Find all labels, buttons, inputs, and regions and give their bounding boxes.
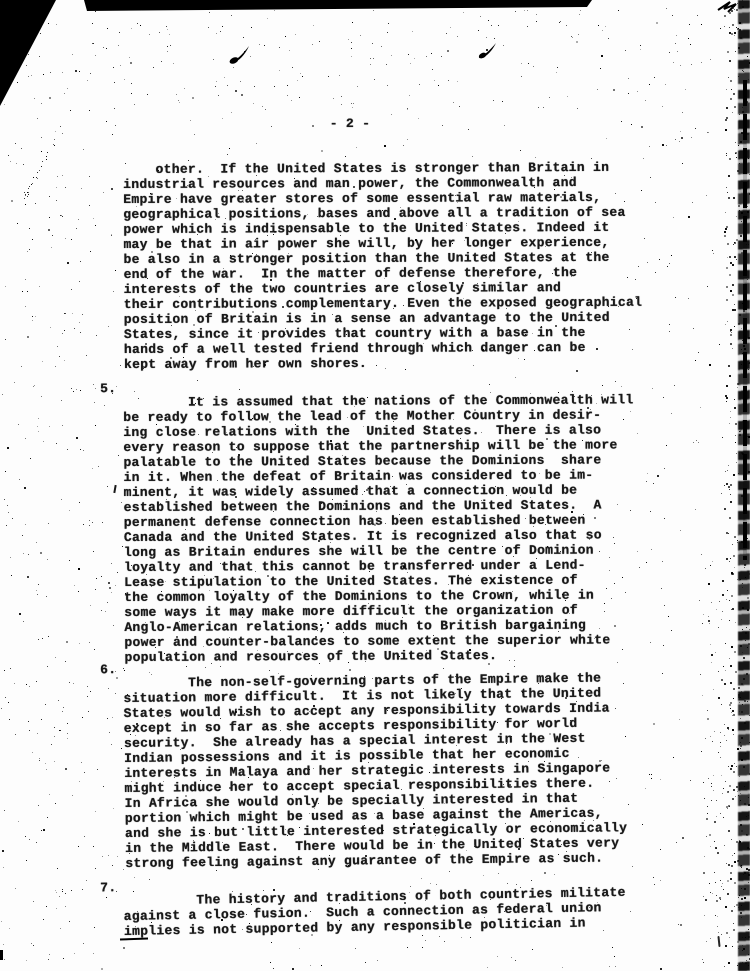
paragraph-continuation: other. If the United States is stronger … — [123, 145, 684, 387]
paragraph-6: 6. The non-self-governing parts of the E… — [123, 655, 686, 886]
right-scan-line — [743, 80, 747, 560]
paragraph-text: The non-self-governing parts of the Empi… — [123, 671, 627, 871]
paragraph-text: It is assumed that the nations of the Co… — [123, 392, 633, 665]
left-edge-blot — [0, 950, 3, 960]
paragraph-number: 7. — [100, 880, 116, 895]
paragraph-text: The history and traditions of both count… — [124, 885, 626, 939]
pen-mark-icon — [477, 41, 499, 61]
scanned-document-page: - 2 - other. If the United States is str… — [0, 0, 750, 971]
paragraph-5: 5. It is assumed that the nations of the… — [123, 377, 685, 680]
pen-mark-icon — [228, 44, 252, 66]
paragraph-text: other. If the United States is stronger … — [123, 160, 642, 372]
paragraph-number: 5. — [100, 381, 116, 396]
bottom-right-ink-mark — [717, 936, 720, 947]
page-number: - 2 - — [300, 116, 400, 131]
paragraph-7: 7. The history and traditions of both co… — [123, 869, 684, 954]
stray-ink-tick — [113, 485, 116, 493]
paragraph-number: 6. — [100, 662, 116, 677]
